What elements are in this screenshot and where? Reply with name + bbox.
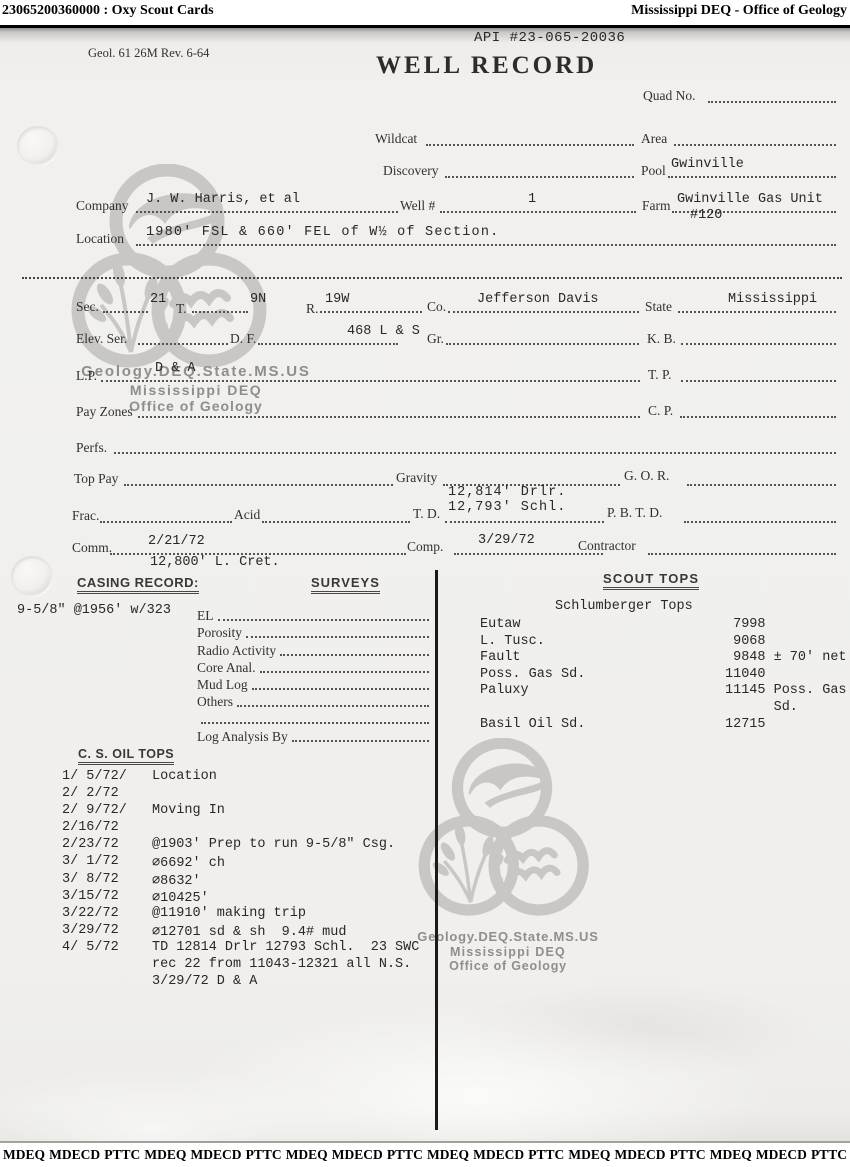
dotted-line — [237, 705, 429, 707]
discovery-label: Discovery — [383, 163, 438, 179]
footer-token: MDECD — [190, 1147, 241, 1163]
drilling-log-row: 2/16/72 — [62, 820, 442, 837]
log-entry: Moving In — [152, 803, 225, 820]
dotted-line — [124, 484, 393, 486]
scout-tops-heading: SCOUT TOPS — [603, 571, 699, 590]
dotted-line — [687, 484, 836, 486]
top-pay-label: Top Pay — [74, 471, 118, 487]
api-number: API #23-065-20036 — [474, 30, 625, 46]
survey-row: Mud Log — [197, 676, 429, 693]
viewer-header: 23065200360000 : Oxy Scout Cards Mississ… — [0, 0, 850, 28]
log-date — [62, 974, 152, 991]
dotted-line — [674, 144, 836, 146]
formation-depth: Sd. — [725, 700, 798, 715]
survey-label: Core Anal. — [197, 660, 256, 676]
farm-value: Gwinville Gas Unit — [677, 192, 823, 207]
log-entry: rec 22 from 11043-12321 all N.S. — [152, 957, 411, 974]
scout-top-row: Paluxy 11145 Poss. Gas — [480, 683, 850, 700]
log-date: 3/15/72 — [62, 889, 152, 906]
drilling-log-row: 3/29/72 D & A — [62, 974, 442, 991]
pool-value: Gwinville — [671, 157, 744, 172]
formation-name: Basil Oil Sd. — [480, 717, 585, 732]
dotted-line — [445, 521, 604, 523]
drilling-log-row: 3/29/72 ∅12701 sd & sh 9.4# mud — [62, 923, 442, 940]
dotted-line — [320, 311, 422, 313]
comp-label: Comp. — [407, 539, 443, 555]
log-entry: ∅12701 sd & sh 9.4# mud — [152, 923, 346, 940]
dotted-line — [681, 343, 836, 345]
dotted-line — [201, 722, 429, 724]
form-revision-note: Geol. 61 26M Rev. 6-64 — [88, 46, 209, 61]
gr-label: Gr. — [427, 331, 444, 347]
formation-name: Poss. Gas Sd. — [480, 667, 585, 682]
dotted-line — [218, 619, 430, 621]
dotted-line — [446, 343, 639, 345]
comp-date-value: 3/29/72 — [478, 533, 535, 548]
log-date: 2/ 9/72/ — [62, 803, 152, 820]
dotted-line — [262, 521, 410, 523]
dotted-line — [103, 311, 148, 313]
survey-label: Others — [197, 694, 233, 710]
footer-token: MDEQ — [710, 1147, 752, 1163]
tp-label: T. P. — [648, 367, 671, 383]
log-date — [62, 957, 152, 974]
footer-token: MDEQ — [427, 1147, 469, 1163]
df-value: 468 L & S — [347, 324, 420, 339]
dotted-line — [684, 521, 836, 523]
drilling-log-row: 3/15/72 ∅10425' — [62, 889, 442, 906]
drilling-log-row: 3/ 8/72 ∅8632' — [62, 872, 442, 889]
survey-row — [197, 710, 429, 727]
dotted-line — [680, 416, 836, 418]
kb-label: K. B. — [647, 331, 676, 347]
survey-row: Radio Activity — [197, 641, 429, 658]
formation-name: L. Tusc. — [480, 634, 545, 649]
survey-label: Radio Activity — [197, 643, 276, 659]
company-label: Company — [76, 198, 129, 214]
formation-depth: 9068 — [725, 634, 766, 649]
perfs-label: Perfs. — [76, 440, 107, 456]
acid-label: Acid — [234, 507, 260, 523]
log-entry: @1903' Prep to run 9-5/8" Csg. — [152, 837, 395, 854]
footer-token: PTTC — [387, 1147, 423, 1163]
surveys-heading: SURVEYS — [311, 575, 380, 594]
casing-record-heading: CASING RECORD: — [77, 575, 199, 594]
footer-token: PTTC — [104, 1147, 140, 1163]
survey-row: Log Analysis By — [197, 727, 429, 744]
log-date: 3/29/72 — [62, 923, 152, 940]
agency-title: Mississippi DEQ - Office of Geology — [631, 3, 847, 19]
scout-tops-table: Eutaw 7998 L. Tusc. 9068 Fault 9848 ± 70… — [480, 617, 850, 733]
location-value: 1980' FSL & 660' FEL of W½ of Section. — [146, 225, 499, 240]
dotted-line — [445, 176, 634, 178]
log-entry: @11910' making trip — [152, 906, 306, 923]
form-title: WELL RECORD — [376, 52, 597, 80]
drilling-log-list: 1/ 5/72/ Location 2/ 2/72 2/ 9/72/ Movin… — [62, 769, 442, 991]
formation-name: Fault — [480, 650, 521, 665]
well-number-label: Well # — [400, 198, 435, 214]
dotted-line — [258, 343, 398, 345]
formation-depth: 7998 — [725, 617, 766, 632]
td-driller-value: 12,814' Drlr. — [448, 485, 566, 500]
comm-label: Comm. — [72, 540, 112, 556]
dotted-line — [648, 553, 836, 555]
lp-value: D & A — [155, 361, 196, 376]
document-id-title: 23065200360000 : Oxy Scout Cards — [2, 3, 214, 19]
log-date: 3/ 8/72 — [62, 872, 152, 889]
location-label: Location — [76, 231, 124, 247]
cp-label: C. P. — [648, 403, 673, 419]
survey-row: EL — [197, 607, 429, 624]
formation-name: Eutaw — [480, 617, 521, 632]
drilling-log-row: 2/ 2/72 — [62, 786, 442, 803]
farm-label: Farm — [642, 198, 671, 214]
dotted-line — [22, 277, 842, 279]
log-date: 2/16/72 — [62, 820, 152, 837]
formation-depth: 9848 ± 70' net — [725, 650, 847, 665]
surveys-list: EL Porosity Radio Activity Core Anal. Mu… — [197, 607, 429, 745]
scout-top-row: Basil Oil Sd. 12715 — [480, 717, 850, 734]
drilling-log-row: 2/ 9/72/ Moving In — [62, 803, 442, 820]
footer-token: MDECD — [332, 1147, 383, 1163]
survey-row: Core Anal. — [197, 659, 429, 676]
dotted-line — [292, 740, 429, 742]
sec-value: 21 — [150, 292, 166, 307]
scout-top-row: Sd. — [480, 700, 850, 717]
oil-tops-heading: C. S. OIL TOPS — [78, 747, 174, 765]
dotted-line — [136, 211, 398, 213]
dotted-line — [678, 311, 836, 313]
elev-ser-label: Elev. Ser. — [76, 331, 127, 347]
drilling-log-row: rec 22 from 11043-12321 all N.S. — [62, 957, 442, 974]
dotted-line — [136, 244, 836, 246]
viewer-footer: MDEQ MDECD PTTC MDEQ MDECD PTTC MDEQ MDE… — [0, 1143, 850, 1167]
dotted-line — [260, 671, 430, 673]
gor-label: G. O. R. — [624, 468, 669, 484]
drilling-log-row: 3/ 1/72 ∅6692' ch — [62, 854, 442, 871]
dotted-line — [668, 176, 836, 178]
log-entry: TD 12814 Drlr 12793 Schl. 23 SWC — [152, 940, 419, 957]
dotted-line — [252, 688, 429, 690]
dotted-line — [192, 311, 248, 313]
range-label: R. — [306, 301, 318, 317]
df-label: D. F. — [230, 331, 256, 347]
survey-label: EL — [197, 608, 214, 624]
drilling-log-row: 2/23/72 @1903' Prep to run 9-5/8" Csg. — [62, 837, 442, 854]
footer-token: PTTC — [811, 1147, 847, 1163]
county-value: Jefferson Davis — [477, 292, 599, 307]
log-entry: ∅6692' ch — [152, 854, 225, 871]
drilling-log-row: 3/22/72 @11910' making trip — [62, 906, 442, 923]
dotted-line — [448, 311, 639, 313]
footer-token: MDEQ — [568, 1147, 610, 1163]
pay-zones-label: Pay Zones — [76, 404, 133, 420]
log-date: 2/ 2/72 — [62, 786, 152, 803]
survey-row: Others — [197, 693, 429, 710]
quad-no-label: Quad No. — [643, 88, 696, 104]
lp-label: L.P. — [76, 368, 97, 384]
state-label: State — [645, 299, 672, 315]
log-date: 2/23/72 — [62, 837, 152, 854]
formation-depth: 11040 — [725, 667, 766, 682]
drilling-log-row: 1/ 5/72/ Location — [62, 769, 442, 786]
footer-token: MDEQ — [286, 1147, 328, 1163]
footer-token: MDECD — [473, 1147, 524, 1163]
area-label: Area — [641, 131, 667, 147]
dotted-line — [708, 101, 836, 103]
log-entry: ∅10425' — [152, 889, 209, 906]
footer-token: MDECD — [756, 1147, 807, 1163]
footer-token: PTTC — [246, 1147, 282, 1163]
punch-hole — [11, 556, 53, 597]
pbtd-label: P. B. T. D. — [607, 505, 662, 521]
wildcat-label: Wildcat — [375, 131, 417, 147]
state-value: Mississippi — [728, 292, 817, 307]
survey-row: Porosity — [197, 624, 429, 641]
scout-top-row: Eutaw 7998 — [480, 617, 850, 634]
survey-label: Mud Log — [197, 677, 248, 693]
casing-record-value: 9-5/8" @1956' w/323 — [17, 603, 171, 618]
frac-label: Frac. — [72, 508, 99, 524]
dotted-line — [681, 380, 836, 382]
formation-depth: 11145 Poss. Gas — [725, 683, 847, 698]
well-number-value: 1 — [528, 192, 536, 207]
dotted-line — [100, 521, 232, 523]
company-value: J. W. Harris, et al — [146, 192, 300, 207]
county-label: Co. — [427, 299, 446, 315]
log-entry: 3/29/72 D & A — [152, 974, 257, 991]
gravity-label: Gravity — [396, 470, 437, 486]
scout-top-row: L. Tusc. 9068 — [480, 634, 850, 651]
dotted-line — [280, 654, 429, 656]
footer-token: PTTC — [528, 1147, 564, 1163]
survey-label: Porosity — [197, 625, 242, 641]
footer-token: MDECD — [614, 1147, 665, 1163]
log-entry: ∅8632' — [152, 872, 201, 889]
footer-token: MDECD — [49, 1147, 100, 1163]
td-label: T. D. — [413, 506, 440, 522]
dotted-line — [101, 380, 640, 382]
formation-depth: 12715 — [725, 717, 766, 732]
dotted-line — [426, 144, 634, 146]
comm-note-value: 12,800' L. Cret. — [150, 555, 280, 570]
log-date: 4/ 5/72 — [62, 940, 152, 957]
township-value: 9N — [250, 292, 266, 307]
footer-token: PTTC — [670, 1147, 706, 1163]
dotted-line — [114, 452, 836, 454]
sec-label: Sec. — [76, 299, 99, 315]
dotted-line — [138, 343, 228, 345]
footer-token: MDEQ — [144, 1147, 186, 1163]
farm-value-line2: #120 — [690, 208, 722, 223]
formation-name: Paluxy — [480, 683, 529, 698]
drilling-log-row: 4/ 5/72 TD 12814 Drlr 12793 Schl. 23 SWC — [62, 940, 442, 957]
contractor-label: Contractor — [578, 538, 636, 554]
range-value: 19W — [325, 292, 349, 307]
township-label: T. — [176, 301, 187, 317]
dotted-line — [440, 211, 636, 213]
punch-hole — [17, 126, 59, 166]
survey-label: Log Analysis By — [197, 729, 288, 745]
comm-date-value: 2/21/72 — [148, 534, 205, 549]
td-schlumberger-value: 12,793' Schl. — [448, 500, 566, 515]
scout-tops-subheading: Schlumberger Tops — [555, 599, 693, 614]
footer-token: MDEQ — [3, 1147, 45, 1163]
pool-label: Pool — [641, 163, 666, 179]
scout-top-row: Poss. Gas Sd. 11040 — [480, 667, 850, 684]
log-date: 3/22/72 — [62, 906, 152, 923]
dotted-line — [246, 636, 429, 638]
dotted-line — [138, 416, 640, 418]
scout-top-row: Fault 9848 ± 70' net — [480, 650, 850, 667]
log-entry: Location — [152, 769, 217, 786]
log-date: 1/ 5/72/ — [62, 769, 152, 786]
log-date: 3/ 1/72 — [62, 854, 152, 871]
